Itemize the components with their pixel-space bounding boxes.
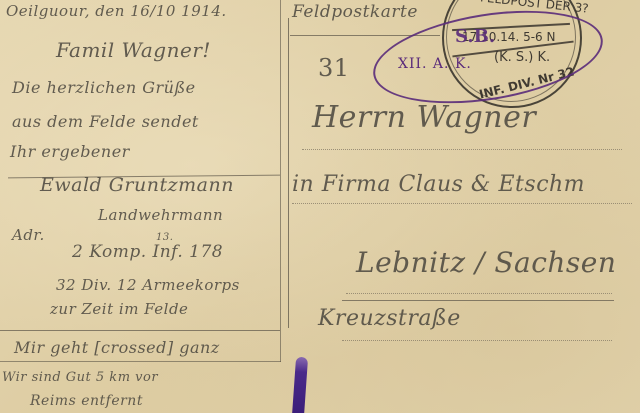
city-underline [342,300,614,301]
sender-box-bottom-edge [0,330,280,331]
sender-address-line-4: zur Zeit im Felde [50,300,188,318]
card-number: 31 [318,54,350,82]
message-line-1: Die herzlichen Grüße [12,78,196,97]
postscript-line-1: Mir geht [crossed] ganz [14,338,220,357]
postscript-line-3: Reims entfernt [30,393,143,409]
recipient-line-3: Lebnitz / Sachsen [356,246,616,279]
salutation: Famil Wagner! [56,38,211,62]
sender-address-line-1: Landwehrmann [98,206,223,224]
address-dotted-line-2 [292,203,632,204]
violet-ink-mark [292,357,308,413]
message-line-3: Ihr ergebener [10,142,130,161]
feldpost-header: Feldpostkarte [292,2,418,22]
postscript-line-2: Wir sind Gut 5 km vor [2,370,158,385]
sender-address-line-3: 32 Div. 12 Armeekorps [56,276,240,294]
address-dotted-line-4 [342,340,612,341]
recipient-line-4: Kreuzstraße [318,306,461,331]
sender-address-line-2: 2 Komp. Inf. 178 [72,242,223,262]
address-dotted-line-1 [302,149,622,150]
address-dotted-line-3 [346,293,612,294]
sender-box-right-edge [280,0,281,362]
postcard: Oeilguour, den 16/10 1914. Famil Wagner!… [0,0,640,413]
recipient-line-2: in Firma Claus & Etschm [292,172,585,197]
violet-oval-stamp-text: XII. A. K. [398,56,472,72]
sender-address-label: Adr. [12,226,45,244]
date-line: Oeilguour, den 16/10 1914. [6,2,227,20]
postscript-box-bottom-edge [0,361,281,362]
center-divider [288,18,289,328]
signature: Ewald Gruntzmann [40,174,234,196]
message-line-2: aus dem Felde sendet [12,112,199,131]
